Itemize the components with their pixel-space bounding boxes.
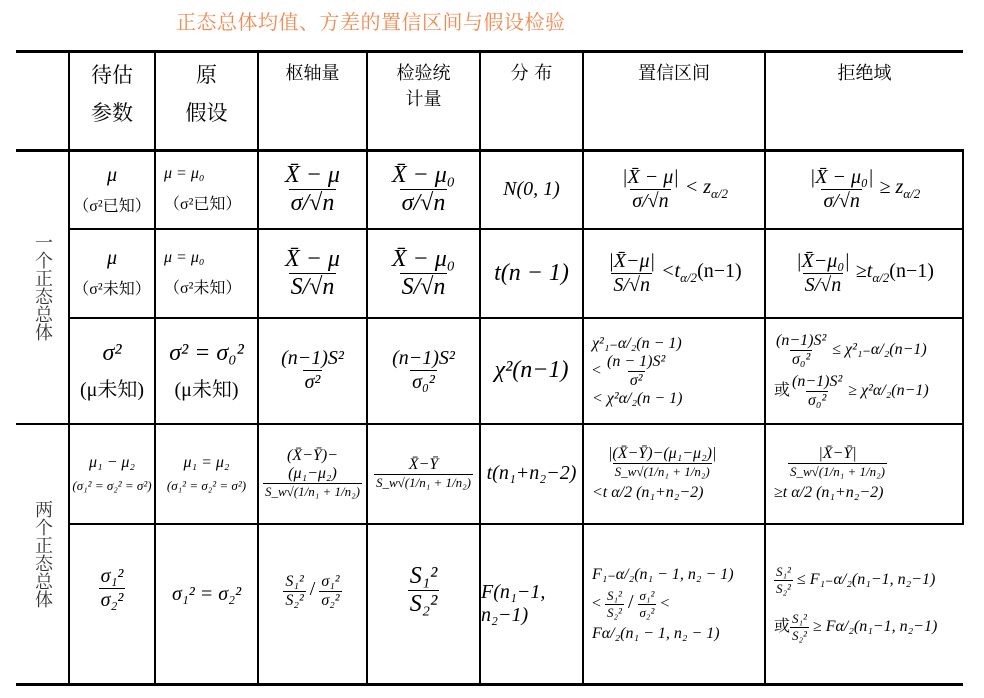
param-symbol: μ₁ − μ₂ xyxy=(89,454,135,471)
param-condition: （σ²已知） xyxy=(72,193,152,216)
table-row: μ （σ²未知） μ = μ₀ （σ²未知） X̄ − μS/√n X̄ − μ… xyxy=(16,229,963,318)
stat-denominator: σ₀² xyxy=(410,370,437,394)
pivot-numerator: (n−1)S² xyxy=(279,347,346,370)
reject-denominator: S₂² xyxy=(790,627,809,644)
ci-subscript: α/2 xyxy=(680,270,697,285)
cell-confidence-interval: |X̄ − μ|σ/√n < zα/2 xyxy=(583,151,765,229)
divide-slash: / xyxy=(310,578,316,600)
reject-upper-bound: ≥ Fα/₂(n₁−1, n₂−1) xyxy=(813,618,937,635)
ci-numerator: |(X̄−Ȳ)−(μ₁−μ₂)| xyxy=(606,445,718,463)
reject-numerator: (n−1)S² xyxy=(790,373,844,391)
table-row: σ² (μ未知) σ² = σ₀² (μ未知) (n−1)S²σ² (n−1)S… xyxy=(16,318,963,424)
cell-distribution: N(0, 1) xyxy=(480,151,583,229)
param-symbol: μ xyxy=(107,247,117,269)
cell-h0: σ² = σ₀² (μ未知) xyxy=(155,318,258,424)
ci-subscript: α/2 xyxy=(711,186,728,201)
param-symbol: μ xyxy=(107,164,117,186)
header-reject-text: 拒绝域 xyxy=(768,59,961,85)
pivot-a-numerator: S₁² xyxy=(283,573,305,591)
reject-denominator: S/√n xyxy=(803,273,844,297)
h0-condition: （σ²未知） xyxy=(164,275,255,298)
reject-bound: ≥t α/2 (n₁+n₂−2) xyxy=(774,484,883,501)
header-stat-line-1: 检验统 xyxy=(370,59,477,85)
reject-denominator: σ/√n xyxy=(821,189,861,213)
header-rejection-region: 拒绝域 xyxy=(765,52,963,151)
stat-denominator: S/√n xyxy=(400,273,448,301)
cell-confidence-interval: χ²₁₋α/₂(n − 1) < (n − 1)S²σ² < χ²α/₂(n −… xyxy=(583,318,765,424)
reject-upper-bound: ≥ χ²α/₂(n−1) xyxy=(848,382,928,399)
h0-expression: μ = μ₀ xyxy=(164,249,204,266)
reject-numerator: |X̄ − μ₀| xyxy=(808,166,876,189)
cell-pivot: X̄ − μS/√n xyxy=(258,229,367,318)
cell-distribution: F(n₁−1, n₂−1) xyxy=(480,524,583,685)
ci-numerator: |X̄−μ| xyxy=(606,250,657,273)
group-label-one-population: 一个正态总体 xyxy=(16,151,69,424)
or-label: 或 xyxy=(774,616,790,635)
cell-statistic: X̄ − μ₀S/√n xyxy=(367,229,480,318)
ci-lower-bound: χ²₁₋α/₂(n − 1) xyxy=(592,335,682,352)
reject-bound: ≥ z xyxy=(880,176,904,198)
header-h0-line-1: 原 xyxy=(158,59,255,89)
or-label: 或 xyxy=(774,380,790,399)
cell-pivot: (X̄−Ȳ)−(μ₁−μ₂)S_w√(1/n₁ + 1/n₂) xyxy=(258,424,367,524)
ci-upper-bound: < χ²α/₂(n − 1) xyxy=(592,390,683,407)
h0-expression: μ = μ₀ xyxy=(164,165,204,182)
header-param-line-1: 待估 xyxy=(72,59,152,89)
ci-numerator: (n − 1)S² xyxy=(605,353,667,371)
cell-h0: μ₁ = μ₂ (σ₁² = σ₂² = σ²) xyxy=(155,424,258,524)
ci-bound: <t xyxy=(661,260,680,282)
cell-pivot: S₁²S₂² / σ₁²σ₂² xyxy=(258,524,367,685)
header-pivot-text: 枢轴量 xyxy=(261,59,364,85)
h0-expression: μ₁ = μ₂ xyxy=(184,454,230,471)
cell-h0: σ₁² = σ₂² xyxy=(155,524,258,685)
ci-denominator: S_w√(1/n₁ + 1/n₂) xyxy=(613,463,712,480)
reject-subscript: α/2 xyxy=(872,270,889,285)
stat-numerator: S₁² xyxy=(408,563,440,590)
distribution-text: N(0, 1) xyxy=(503,178,560,200)
header-null-hypothesis: 原 假设 xyxy=(155,52,258,151)
cell-param: σ₁²σ₂² xyxy=(69,524,155,685)
ci-less-than: < xyxy=(660,595,669,612)
divide-slash: / xyxy=(628,591,634,613)
stat-numerator: X̄ − μ₀ xyxy=(390,246,457,273)
ci-denominator: S/√n xyxy=(611,273,652,297)
reject-df: (n−1) xyxy=(889,260,934,282)
stat-denominator: σ/√n xyxy=(400,189,448,217)
cell-param: μ （σ²已知） xyxy=(69,151,155,229)
reject-denominator: S₂² xyxy=(774,580,793,597)
param-numerator: σ₁² xyxy=(99,565,126,588)
pivot-a-denominator: S₂² xyxy=(283,591,305,610)
cell-statistic: X̄−ȲS_w√(1/n₁ + 1/n₂) xyxy=(367,424,480,524)
cell-confidence-interval: |(X̄−Ȳ)−(μ₁−μ₂)|S_w√(1/n₁ + 1/n₂) <t α/2… xyxy=(583,424,765,524)
header-ci-text: 置信区间 xyxy=(586,59,762,85)
stat-denominator: S₂² xyxy=(408,590,440,618)
header-group-column xyxy=(16,52,69,151)
group-label-two-populations: 两个正态总体 xyxy=(16,424,69,685)
param-condition: （σ²未知） xyxy=(72,276,152,299)
cell-rejection-region: (n−1)S²σ₀² ≤ χ²₁₋α/₂(n−1) 或(n−1)S²σ₀² ≥ … xyxy=(765,318,963,424)
cell-rejection-region: |X̄−μ₀|S/√n ≥tα/2(n−1) xyxy=(765,229,963,318)
header-param-line-2: 参数 xyxy=(72,97,152,127)
cell-distribution: t(n₁+n₂−2) xyxy=(480,424,583,524)
cell-h0: μ = μ₀ （σ²已知） xyxy=(155,151,258,229)
header-test-statistic: 检验统 计量 xyxy=(367,52,480,151)
param-condition: (σ₁² = σ₂² = σ²) xyxy=(72,478,151,493)
cell-param: μ₁ − μ₂ (σ₁² = σ₂² = σ²) xyxy=(69,424,155,524)
header-confidence-interval: 置信区间 xyxy=(583,52,765,151)
header-h0-line-2: 假设 xyxy=(158,97,255,127)
reject-subscript: α/2 xyxy=(903,186,920,201)
cell-rejection-region: S₁²S₂² ≤ F₁₋α/₂(n₁−1, n₂−1) 或S₁²S₂² ≥ Fα… xyxy=(765,524,963,685)
pivot-numerator: (X̄−Ȳ)−(μ₁−μ₂) xyxy=(261,447,364,483)
reject-numerator: S₁² xyxy=(790,611,809,627)
ci-upper-bound: Fα/₂(n₁ − 1, n₂ − 1) xyxy=(592,625,720,642)
cell-statistic: X̄ − μ₀σ/√n xyxy=(367,151,480,229)
h0-condition: （σ²已知） xyxy=(164,191,255,214)
header-pivot: 枢轴量 xyxy=(258,52,367,151)
ci-denominator: σ² xyxy=(628,371,645,390)
header-distribution: 分 布 xyxy=(480,52,583,151)
reject-denominator: σ₀² xyxy=(806,391,828,410)
reject-numerator: S₁² xyxy=(774,564,793,580)
distribution-text: t(n₁+n₂−2) xyxy=(487,462,577,484)
cell-statistic: (n−1)S²σ₀² xyxy=(367,318,480,424)
header-stat-line-2: 计量 xyxy=(370,85,477,111)
ci-b-numerator: σ₁² xyxy=(638,588,657,604)
h0-condition: (μ未知) xyxy=(158,373,255,402)
pivot-denominator: σ/√n xyxy=(289,189,337,217)
stat-numerator: (n−1)S² xyxy=(390,347,457,370)
cell-pivot: X̄ − μσ/√n xyxy=(258,151,367,229)
h0-condition: (σ₁² = σ₂² = σ²) xyxy=(167,478,246,493)
ci-less-than: < xyxy=(592,595,601,612)
group-label-text: 两个正态总体 xyxy=(29,500,55,608)
ci-numerator: |X̄ − μ| xyxy=(620,166,681,189)
stat-numerator: X̄−Ȳ xyxy=(407,456,440,474)
ci-denominator: σ/√n xyxy=(630,189,670,213)
stat-denominator: S_w√(1/n₁ + 1/n₂) xyxy=(374,474,473,491)
reject-lower-bound: ≤ F₁₋α/₂(n₁−1, n₂−1) xyxy=(797,571,935,588)
distribution-text: t(n − 1) xyxy=(494,260,569,286)
pivot-numerator: X̄ − μ xyxy=(283,246,342,273)
reject-numerator: |X̄−Ȳ| xyxy=(816,445,858,463)
ci-bound: <t α/2 (n₁+n₂−2) xyxy=(592,484,703,501)
ci-a-numerator: S₁² xyxy=(605,588,624,604)
ci-less-than: < xyxy=(592,362,601,379)
header-param: 待估 参数 xyxy=(69,52,155,151)
cell-rejection-region: |X̄−Ȳ|S_w√(1/n₁ + 1/n₂) ≥t α/2 (n₁+n₂−2) xyxy=(765,424,963,524)
reject-denominator: σ₀² xyxy=(790,350,812,369)
pivot-numerator: X̄ − μ xyxy=(283,162,342,189)
reject-numerator: |X̄−μ₀| xyxy=(794,250,852,273)
cell-pivot: (n−1)S²σ² xyxy=(258,318,367,424)
h0-expression: σ² = σ₀² xyxy=(169,340,244,366)
param-condition: (μ未知) xyxy=(72,373,152,402)
cell-distribution: χ²(n−1) xyxy=(480,318,583,424)
ci-lower-bound: F₁₋α/₂(n₁ − 1, n₂ − 1) xyxy=(592,566,734,583)
confidence-interval-hypothesis-table: 待估 参数 原 假设 枢轴量 检验统 计量 分 布 置信区间 拒绝域 一个正态总… xyxy=(16,50,964,686)
table-row: σ₁²σ₂² σ₁² = σ₂² S₁²S₂² / σ₁²σ₂² S₁²S₂² … xyxy=(16,524,963,685)
page-title: 正态总体均值、方差的置信区间与假设检验 xyxy=(176,6,566,35)
cell-confidence-interval: F₁₋α/₂(n₁ − 1, n₂ − 1) < S₁²S₂² / σ₁²σ₂²… xyxy=(583,524,765,685)
reject-denominator: S_w√(1/n₁ + 1/n₂) xyxy=(788,463,887,480)
param-denominator: σ₂² xyxy=(99,588,126,612)
pivot-denominator: σ² xyxy=(303,370,323,394)
distribution-text: χ²(n−1) xyxy=(495,357,569,383)
ci-a-denominator: S₂² xyxy=(605,604,624,621)
ci-df: (n−1) xyxy=(697,260,742,282)
pivot-denominator: S/√n xyxy=(289,273,337,301)
h0-expression: σ₁² = σ₂² xyxy=(172,583,241,605)
distribution-text: F(n₁−1, n₂−1) xyxy=(481,581,545,626)
cell-distribution: t(n − 1) xyxy=(480,229,583,318)
reject-numerator: (n−1)S² xyxy=(774,332,828,350)
cell-param: σ² (μ未知) xyxy=(69,318,155,424)
cell-param: μ （σ²未知） xyxy=(69,229,155,318)
cell-confidence-interval: |X̄−μ|S/√n <tα/2(n−1) xyxy=(583,229,765,318)
cell-h0: μ = μ₀ （σ²未知） xyxy=(155,229,258,318)
reject-bound: ≥t xyxy=(856,260,873,282)
table-row: 一个正态总体 μ （σ²已知） μ = μ₀ （σ²已知） X̄ − μσ/√n… xyxy=(16,151,963,229)
ci-bound: < z xyxy=(685,176,711,198)
cell-statistic: S₁²S₂² xyxy=(367,524,480,685)
param-symbol: σ² xyxy=(102,340,121,366)
cell-rejection-region: |X̄ − μ₀|σ/√n ≥ zα/2 xyxy=(765,151,963,229)
ci-b-denominator: σ₂² xyxy=(638,604,657,621)
stat-numerator: X̄ − μ₀ xyxy=(390,162,457,189)
table-row: 两个正态总体 μ₁ − μ₂ (σ₁² = σ₂² = σ²) μ₁ = μ₂ … xyxy=(16,424,963,524)
pivot-b-denominator: σ₂² xyxy=(319,591,341,610)
group-label-text: 一个正态总体 xyxy=(29,233,55,341)
pivot-denominator: S_w√(1/n₁ + 1/n₂) xyxy=(263,483,362,500)
pivot-b-numerator: σ₁² xyxy=(319,573,341,591)
header-dist-text: 分 布 xyxy=(483,59,580,85)
reject-lower-bound: ≤ χ²₁₋α/₂(n−1) xyxy=(832,341,926,358)
